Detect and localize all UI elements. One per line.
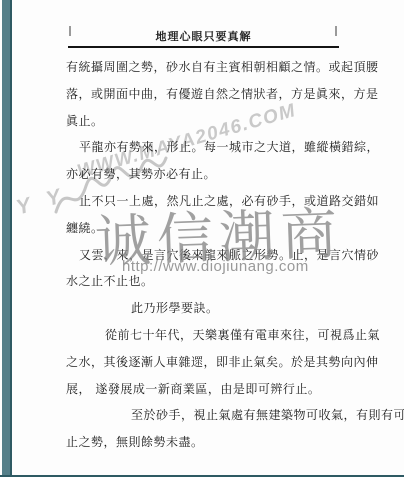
body-text-line: 亦必有勢，其勢亦必有止。: [66, 161, 356, 188]
body-text-line: 眞止。: [66, 108, 356, 135]
scan-binding-strip: [2, 0, 12, 477]
body-text-line: 平龍亦有勢來，形止。每一城市之大道，雖縱橫錯綜，: [66, 134, 356, 161]
watermark-yy-text: Y Y: [14, 183, 70, 220]
body-text-line: 展， 遂發展成一新商業區，由是即可辨行止。: [66, 376, 356, 403]
body-text-line: 止不只一上處，然凡止之處，必有砂手，或道路交錯如: [66, 188, 356, 215]
scanned-book-page: 地理心眼只要真解 Y Y WWW.MAYA2046.COM 诚信潮商 http:…: [0, 0, 404, 477]
body-text-line: 水之止不止也。: [66, 268, 356, 295]
body-text-line: 此乃形學要訣。: [66, 295, 356, 322]
header-rule: [68, 46, 339, 48]
body-text-line: 止之勢，無則餘勢未盡。: [66, 429, 356, 456]
body-text-line: 纏繞。: [66, 215, 356, 242]
body-text-line: 至於砂手，視止氣處有無建築物可收氣，有則有可: [66, 402, 356, 429]
body-text-line: 又雲，來，是言穴後來龍來脈之形勢。止，是言穴情砂: [66, 242, 356, 269]
page-header-title: 地理心眼只要真解: [68, 28, 339, 44]
body-text-line: 落，或開面中曲，有優遊自然之情狀者，方是眞來，方是: [66, 81, 356, 108]
body-text-line: 有統攝周圍之勢，砂水自有主賓相朝相顧之情。或起頂腰: [66, 54, 356, 81]
body-text-block: 有統攝周圍之勢，砂水自有主賓相朝相顧之情。或起頂腰 落，或開面中曲，有優遊自然之…: [66, 54, 356, 456]
body-text-line: 從前七十年代，天樂裏僅有電車來往，可視爲止氣: [66, 322, 356, 349]
body-text-line: 之水，其後逐漸人車雜遝，即非止氣矣。於是其勢向內伸: [66, 349, 356, 376]
